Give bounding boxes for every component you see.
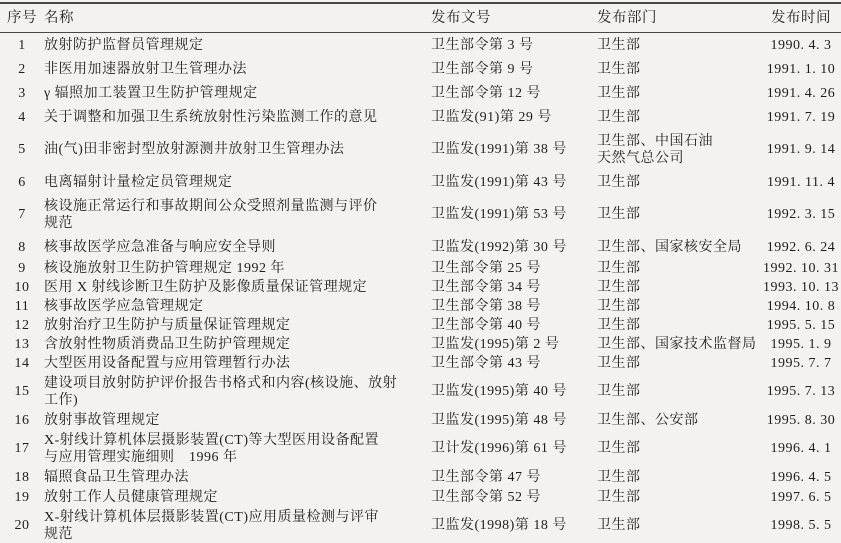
- cell-date: 1991. 7. 19: [761, 105, 841, 129]
- cell-doc: 卫监发(1995)第 40 号: [431, 373, 597, 410]
- table-row: 2非医用加速器放射卫生管理办法卫生部令第 9 号卫生部1991. 1. 10: [0, 57, 841, 81]
- cell-date: 1991. 4. 26: [761, 81, 841, 105]
- cell-dept: 卫生部: [597, 259, 761, 278]
- cell-date: 1992. 3. 15: [761, 194, 841, 235]
- cell-dept: 卫生部、公安部: [597, 410, 761, 430]
- cell-doc: 卫生部令第 3 号: [431, 33, 597, 58]
- cell-dept: 卫生部: [597, 507, 761, 543]
- cell-doc: 卫计发(1996)第 61 号: [431, 430, 597, 467]
- table-row: 9核设施放射卫生防护管理规定 1992 年卫生部令第 25 号卫生部1992. …: [0, 259, 841, 278]
- cell-name: 辐照食品卫生管理办法: [44, 467, 431, 487]
- cell-doc: 卫生部令第 43 号: [431, 354, 597, 373]
- cell-doc: 卫监发(1991)第 38 号: [431, 129, 597, 170]
- column-header-date: 发布时间: [761, 3, 841, 33]
- cell-no: 1: [0, 33, 44, 58]
- cell-dept: 卫生部: [597, 57, 761, 81]
- table-row: 19放射工作人员健康管理规定卫生部令第 52 号卫生部1997. 6. 5: [0, 487, 841, 507]
- cell-name: 关于调整和加强卫生系统放射性污染监测工作的意见: [44, 105, 431, 129]
- cell-no: 3: [0, 81, 44, 105]
- cell-doc: 卫生部令第 38 号: [431, 297, 597, 316]
- cell-name: 核设施放射卫生防护管理规定 1992 年: [44, 259, 431, 278]
- cell-name: 核事故医学应急准备与响应安全导则: [44, 235, 431, 259]
- cell-date: 1995. 5. 15: [761, 316, 841, 335]
- cell-doc: 卫生部令第 25 号: [431, 259, 597, 278]
- cell-dept: 卫生部: [597, 430, 761, 467]
- cell-name: 放射工作人员健康管理规定: [44, 487, 431, 507]
- cell-name: X-射线计算机体层摄影装置(CT)等大型医用设备配置 与应用管理实施细则 199…: [44, 430, 431, 467]
- cell-date: 1991. 9. 14: [761, 129, 841, 170]
- cell-no: 2: [0, 57, 44, 81]
- cell-no: 9: [0, 259, 44, 278]
- cell-no: 6: [0, 170, 44, 194]
- cell-date: 1992. 6. 24: [761, 235, 841, 259]
- cell-date: 1991. 11. 4: [761, 170, 841, 194]
- cell-no: 20: [0, 507, 44, 543]
- table-row: 17X-射线计算机体层摄影装置(CT)等大型医用设备配置 与应用管理实施细则 1…: [0, 430, 841, 467]
- table-row: 12放射治疗卫生防护与质量保证管理规定卫生部令第 40 号卫生部1995. 5.…: [0, 316, 841, 335]
- cell-doc: 卫监发(1998)第 18 号: [431, 507, 597, 543]
- cell-date: 1993. 10. 13: [761, 278, 841, 297]
- cell-date: 1995. 7. 13: [761, 373, 841, 410]
- table-header: 序号名称发布文号发布部门发布时间: [0, 3, 841, 33]
- cell-doc: 卫生部令第 12 号: [431, 81, 597, 105]
- table-row: 1放射防护监督员管理规定卫生部令第 3 号卫生部1990. 4. 3: [0, 33, 841, 58]
- cell-doc: 卫生部令第 34 号: [431, 278, 597, 297]
- cell-doc: 卫生部令第 40 号: [431, 316, 597, 335]
- cell-no: 18: [0, 467, 44, 487]
- table-row: 3γ 辐照加工装置卫生防护管理规定卫生部令第 12 号卫生部1991. 4. 2…: [0, 81, 841, 105]
- cell-no: 10: [0, 278, 44, 297]
- cell-name: γ 辐照加工装置卫生防护管理规定: [44, 81, 431, 105]
- table-body: 1放射防护监督员管理规定卫生部令第 3 号卫生部1990. 4. 32非医用加速…: [0, 33, 841, 543]
- table-row: 18辐照食品卫生管理办法卫生部令第 47 号卫生部1996. 4. 5: [0, 467, 841, 487]
- cell-name: 电离辐射计量检定员管理规定: [44, 170, 431, 194]
- cell-doc: 卫生部令第 47 号: [431, 467, 597, 487]
- cell-doc: 卫监发(1991)第 43 号: [431, 170, 597, 194]
- cell-no: 13: [0, 335, 44, 354]
- table-row: 7核设施正常运行和事故期间公众受照剂量监测与评价 规范卫监发(1991)第 53…: [0, 194, 841, 235]
- cell-no: 11: [0, 297, 44, 316]
- cell-doc: 卫监发(1992)第 30 号: [431, 235, 597, 259]
- cell-dept: 卫生部: [597, 487, 761, 507]
- cell-date: 1992. 10. 31: [761, 259, 841, 278]
- cell-no: 14: [0, 354, 44, 373]
- cell-date: 1997. 6. 5: [761, 487, 841, 507]
- cell-name: 核设施正常运行和事故期间公众受照剂量监测与评价 规范: [44, 194, 431, 235]
- cell-date: 1995. 8. 30: [761, 410, 841, 430]
- cell-name: 医用 X 射线诊断卫生防护及影像质量保证管理规定: [44, 278, 431, 297]
- table-row: 6电离辐射计量检定员管理规定卫监发(1991)第 43 号卫生部1991. 11…: [0, 170, 841, 194]
- table-row: 20X-射线计算机体层摄影装置(CT)应用质量检测与评审 规范卫监发(1998)…: [0, 507, 841, 543]
- cell-name: 核事故医学应急管理规定: [44, 297, 431, 316]
- cell-dept: 卫生部: [597, 467, 761, 487]
- cell-dept: 卫生部: [597, 278, 761, 297]
- table-row: 4关于调整和加强卫生系统放射性污染监测工作的意见卫监发(91)第 29 号卫生部…: [0, 105, 841, 129]
- cell-dept: 卫生部: [597, 194, 761, 235]
- table-row: 10医用 X 射线诊断卫生防护及影像质量保证管理规定卫生部令第 34 号卫生部1…: [0, 278, 841, 297]
- cell-no: 4: [0, 105, 44, 129]
- cell-date: 1995. 1. 9: [761, 335, 841, 354]
- column-header-dept: 发布部门: [597, 3, 761, 33]
- document-page: 序号名称发布文号发布部门发布时间 1放射防护监督员管理规定卫生部令第 3 号卫生…: [0, 0, 841, 543]
- cell-date: 1990. 4. 3: [761, 33, 841, 58]
- cell-name: 大型医用设备配置与应用管理暂行办法: [44, 354, 431, 373]
- cell-dept: 卫生部: [597, 81, 761, 105]
- cell-dept: 卫生部: [597, 373, 761, 410]
- cell-date: 1996. 4. 1: [761, 430, 841, 467]
- cell-name: 非医用加速器放射卫生管理办法: [44, 57, 431, 81]
- cell-dept: 卫生部、国家技术监督局: [597, 335, 761, 354]
- cell-name: 放射防护监督员管理规定: [44, 33, 431, 58]
- cell-name: 油(气)田非密封型放射源测井放射卫生管理办法: [44, 129, 431, 170]
- cell-name: 放射治疗卫生防护与质量保证管理规定: [44, 316, 431, 335]
- table-row: 14大型医用设备配置与应用管理暂行办法卫生部令第 43 号卫生部1995. 7.…: [0, 354, 841, 373]
- cell-no: 16: [0, 410, 44, 430]
- cell-doc: 卫监发(91)第 29 号: [431, 105, 597, 129]
- cell-dept: 卫生部: [597, 354, 761, 373]
- cell-no: 17: [0, 430, 44, 467]
- cell-name: 含放射性物质消费品卫生防护管理规定: [44, 335, 431, 354]
- table-row: 5油(气)田非密封型放射源测井放射卫生管理办法卫监发(1991)第 38 号卫生…: [0, 129, 841, 170]
- cell-doc: 卫生部令第 52 号: [431, 487, 597, 507]
- cell-name: X-射线计算机体层摄影装置(CT)应用质量检测与评审 规范: [44, 507, 431, 543]
- table-header-row: 序号名称发布文号发布部门发布时间: [0, 3, 841, 33]
- cell-dept: 卫生部、中国石油 天然气总公司: [597, 129, 761, 170]
- table-row: 16放射事故管理规定卫监发(1995)第 48 号卫生部、公安部1995. 8.…: [0, 410, 841, 430]
- cell-no: 7: [0, 194, 44, 235]
- cell-no: 8: [0, 235, 44, 259]
- cell-no: 19: [0, 487, 44, 507]
- cell-date: 1998. 5. 5: [761, 507, 841, 543]
- cell-dept: 卫生部: [597, 105, 761, 129]
- cell-doc: 卫监发(1991)第 53 号: [431, 194, 597, 235]
- cell-dept: 卫生部: [597, 297, 761, 316]
- cell-doc: 卫监发(1995)第 2 号: [431, 335, 597, 354]
- cell-date: 1991. 1. 10: [761, 57, 841, 81]
- column-header-name: 名称: [44, 3, 431, 33]
- cell-name: 放射事故管理规定: [44, 410, 431, 430]
- cell-doc: 卫监发(1995)第 48 号: [431, 410, 597, 430]
- cell-dept: 卫生部、国家核安全局: [597, 235, 761, 259]
- cell-no: 12: [0, 316, 44, 335]
- cell-name: 建设项目放射防护评价报告书格式和内容(核设施、放射 工作): [44, 373, 431, 410]
- cell-no: 5: [0, 129, 44, 170]
- table-row: 15建设项目放射防护评价报告书格式和内容(核设施、放射 工作)卫监发(1995)…: [0, 373, 841, 410]
- cell-dept: 卫生部: [597, 33, 761, 58]
- cell-dept: 卫生部: [597, 316, 761, 335]
- table-row: 8核事故医学应急准备与响应安全导则卫监发(1992)第 30 号卫生部、国家核安…: [0, 235, 841, 259]
- cell-date: 1994. 10. 8: [761, 297, 841, 316]
- cell-dept: 卫生部: [597, 170, 761, 194]
- column-header-no: 序号: [0, 3, 44, 33]
- column-header-doc: 发布文号: [431, 3, 597, 33]
- cell-doc: 卫生部令第 9 号: [431, 57, 597, 81]
- regulations-table: 序号名称发布文号发布部门发布时间 1放射防护监督员管理规定卫生部令第 3 号卫生…: [0, 2, 841, 543]
- cell-date: 1996. 4. 5: [761, 467, 841, 487]
- cell-no: 15: [0, 373, 44, 410]
- table-row: 11核事故医学应急管理规定卫生部令第 38 号卫生部1994. 10. 8: [0, 297, 841, 316]
- table-row: 13含放射性物质消费品卫生防护管理规定卫监发(1995)第 2 号卫生部、国家技…: [0, 335, 841, 354]
- cell-date: 1995. 7. 7: [761, 354, 841, 373]
